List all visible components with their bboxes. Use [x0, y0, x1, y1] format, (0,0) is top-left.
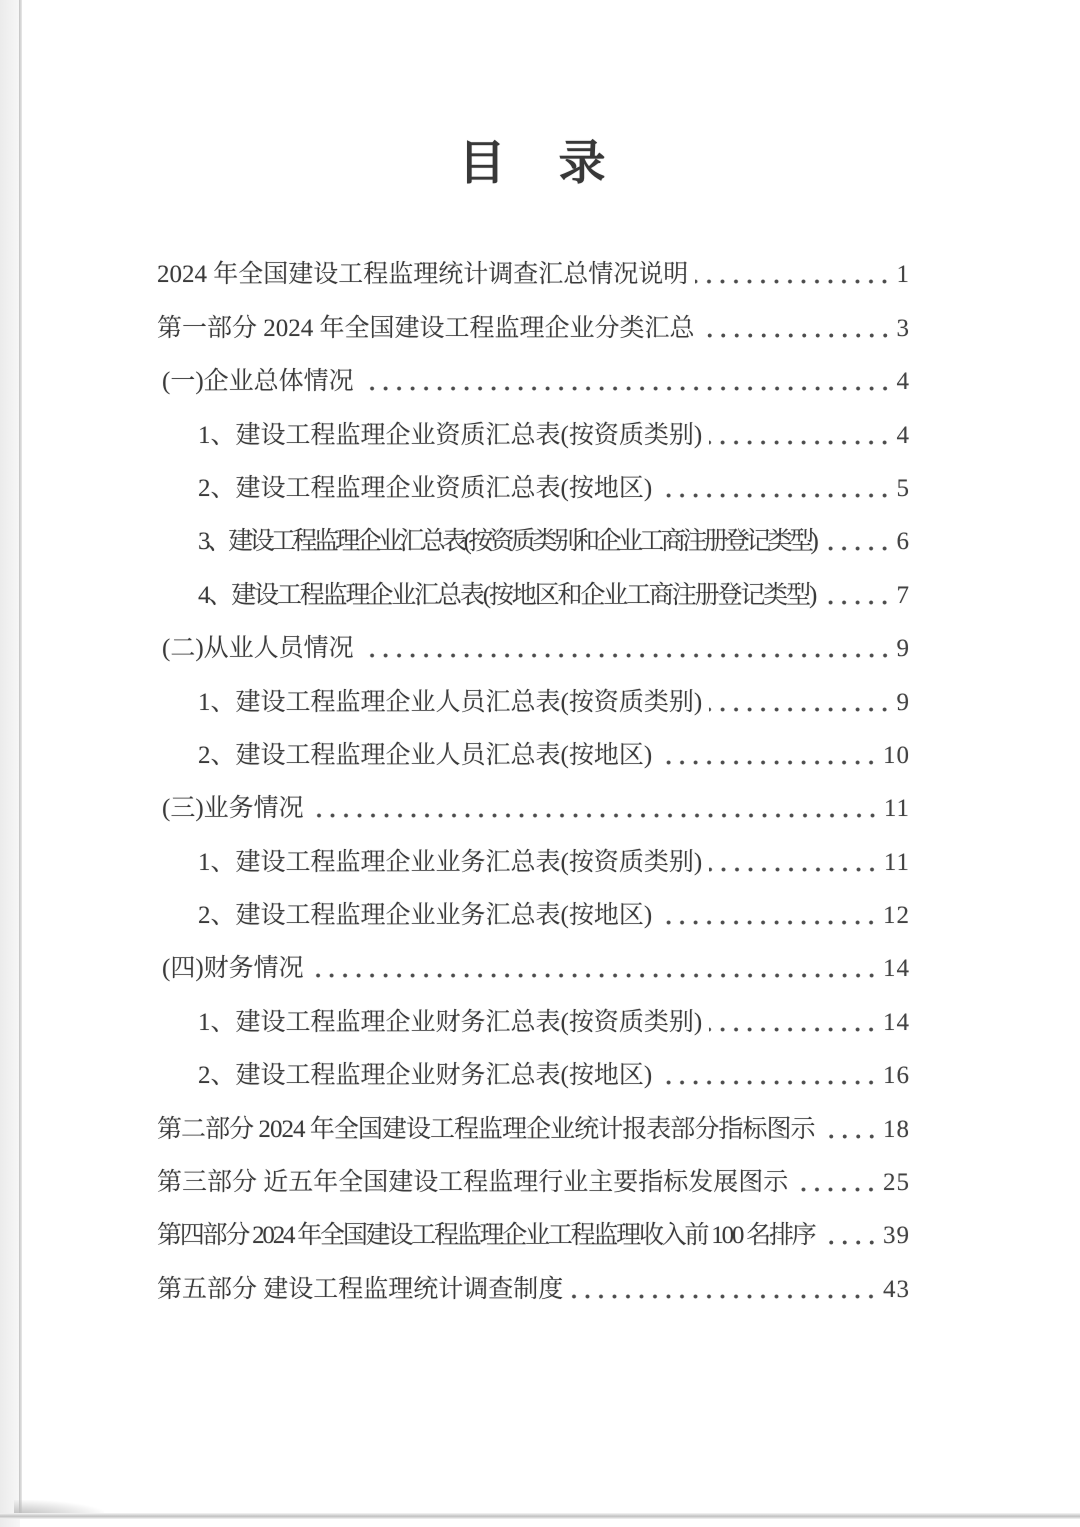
- toc-entry: 1、建设工程监理企业人员汇总表(按资质类别) 9: [157, 674, 910, 727]
- toc-leader-dots: [822, 1240, 878, 1245]
- toc-entry: (二)从业人员情况 9: [157, 621, 910, 674]
- toc-entry: 第一部分 2024 年全国建设工程监理企业分类汇总 3: [157, 300, 910, 353]
- toc-entry: (三)业务情况 11: [157, 781, 910, 834]
- toc-leader-dots: [659, 920, 878, 925]
- toc-entry: (一)企业总体情况 4: [157, 354, 910, 407]
- toc-entry: 2、建设工程监理企业财务汇总表(按地区) 16: [157, 1048, 910, 1101]
- toc-entry-label: 1、建设工程监理企业财务汇总表(按资质类别): [198, 1009, 702, 1036]
- toc-entry-label: 2、建设工程监理企业人员汇总表(按地区): [198, 742, 652, 769]
- toc-entry-page: 11: [884, 795, 910, 822]
- toc-entry: 1、建设工程监理企业财务汇总表(按资质类别) 14: [157, 994, 910, 1047]
- toc-leader-dots: [709, 1027, 878, 1032]
- toc-entry-page: 16: [883, 1062, 910, 1089]
- toc-entry-page: 9: [897, 635, 911, 662]
- toc-leader-dots: [311, 973, 878, 978]
- toc-entry-page: 25: [883, 1169, 910, 1196]
- toc-entry-label: 2、建设工程监理企业资质汇总表(按地区): [198, 475, 652, 502]
- toc-entry-page: 6: [897, 528, 911, 555]
- toc-entry-label: 第四部分 2024 年全国建设工程监理企业工程监理收入前 100 名排序: [157, 1222, 815, 1249]
- toc-leader-dots: [822, 600, 891, 605]
- toc-entry: (四)财务情况 14: [157, 941, 910, 994]
- toc-entry: 2024 年全国建设工程监理统计调查汇总情况说明 1: [157, 247, 910, 300]
- toc-entry-label: 1、建设工程监理企业人员汇总表(按资质类别): [198, 689, 702, 716]
- toc-entry-label: 2、建设工程监理企业业务汇总表(按地区): [198, 902, 652, 929]
- toc-entry-page: 7: [897, 582, 911, 609]
- toc-entry: 1、建设工程监理企业业务汇总表(按资质类别) 11: [157, 834, 910, 887]
- toc-entry-label: 4、建设工程监理企业汇总表(按地区和企业工商注册登记类型): [198, 582, 815, 609]
- toc-entry-page: 11: [884, 849, 910, 876]
- toc-entry-page: 5: [897, 475, 911, 502]
- toc-entry-page: 4: [897, 368, 911, 395]
- toc-leader-dots: [659, 493, 891, 498]
- toc-leader-dots: [361, 653, 892, 658]
- scan-left-edge-line: [19, 0, 22, 1517]
- toc-entry: 2、建设工程监理企业资质汇总表(按地区) 5: [157, 461, 910, 514]
- toc-leader-dots: [822, 1134, 878, 1139]
- toc-entry-page: 14: [883, 955, 910, 982]
- toc-entry: 1、建设工程监理企业资质汇总表(按资质类别) 4: [157, 407, 910, 460]
- toc-leader-dots: [822, 546, 891, 551]
- toc-entry-page: 39: [883, 1222, 910, 1249]
- toc-leader-dots: [695, 279, 891, 284]
- toc-entry-label: (一)企业总体情况: [162, 368, 354, 395]
- toc-entry: 第四部分 2024 年全国建设工程监理企业工程监理收入前 100 名排序 39: [157, 1208, 910, 1261]
- toc-entry-label: 3、建设工程监理企业汇总表(按资质类别和企业工商注册登记类型): [198, 528, 815, 555]
- toc-leader-dots: [709, 440, 891, 445]
- toc-entry: 第五部分 建设工程监理统计调查制度 43: [157, 1261, 910, 1314]
- toc-entry-page: 18: [883, 1116, 910, 1143]
- toc-entry-page: 1: [897, 261, 911, 288]
- scanned-document-page: 目 录 2024 年全国建设工程监理统计调查汇总情况说明 1 第一部分 2024…: [0, 0, 1080, 1527]
- toc-leader-dots: [709, 867, 879, 872]
- page-title: 目 录: [157, 126, 910, 193]
- toc-entry-label: 第三部分 近五年全国建设工程监理行业主要指标发展图示: [157, 1169, 788, 1196]
- toc-entry-page: 10: [883, 742, 910, 769]
- toc-entry-label: (三)业务情况: [162, 795, 304, 822]
- toc-entry: 4、建设工程监理企业汇总表(按地区和企业工商注册登记类型) 7: [157, 567, 910, 620]
- toc-entry-label: 2、建设工程监理企业财务汇总表(按地区): [198, 1062, 652, 1089]
- toc-entry-page: 14: [883, 1009, 910, 1036]
- toc-leader-dots: [709, 707, 891, 712]
- toc-leader-dots: [702, 333, 892, 338]
- scan-left-edge-band: [0, 0, 20, 1527]
- toc-leader-dots: [311, 813, 879, 818]
- toc-leader-dots: [570, 1294, 878, 1299]
- toc-entry-label: 2024 年全国建设工程监理统计调查汇总情况说明: [157, 261, 688, 288]
- toc-entry-label: (二)从业人员情况: [162, 635, 354, 662]
- toc-entry-page: 12: [883, 902, 910, 929]
- toc-entry: 第三部分 近五年全国建设工程监理行业主要指标发展图示 25: [157, 1155, 910, 1208]
- toc-entry: 第二部分 2024 年全国建设工程监理企业统计报表部分指标图示 18: [157, 1101, 910, 1154]
- toc-entry-page: 9: [897, 689, 911, 716]
- toc-entry: 2、建设工程监理企业业务汇总表(按地区) 12: [157, 888, 910, 941]
- toc-entry: 3、建设工程监理企业汇总表(按资质类别和企业工商注册登记类型) 6: [157, 514, 910, 567]
- toc-entry-page: 4: [897, 422, 911, 449]
- toc-entry-label: (四)财务情况: [162, 955, 304, 982]
- toc-entry-label: 1、建设工程监理企业资质汇总表(按资质类别): [198, 422, 702, 449]
- toc-list: 2024 年全国建设工程监理统计调查汇总情况说明 1 第一部分 2024 年全国…: [157, 247, 910, 1315]
- toc-entry-page: 3: [897, 315, 911, 342]
- toc-leader-dots: [795, 1187, 878, 1192]
- toc-entry-page: 43: [883, 1276, 910, 1303]
- toc-entry-label: 1、建设工程监理企业业务汇总表(按资质类别): [198, 849, 702, 876]
- toc-entry-label: 第五部分 建设工程监理统计调查制度: [157, 1276, 563, 1303]
- toc-entry-label: 第一部分 2024 年全国建设工程监理企业分类汇总: [157, 315, 695, 342]
- toc-leader-dots: [361, 386, 892, 391]
- toc-leader-dots: [659, 1080, 878, 1085]
- toc-entry: 2、建设工程监理企业人员汇总表(按地区) 10: [157, 728, 910, 781]
- scan-bottom-edge-line: [0, 1513, 1080, 1519]
- toc-entry-label: 第二部分 2024 年全国建设工程监理企业统计报表部分指标图示: [157, 1116, 815, 1143]
- toc-leader-dots: [659, 760, 878, 765]
